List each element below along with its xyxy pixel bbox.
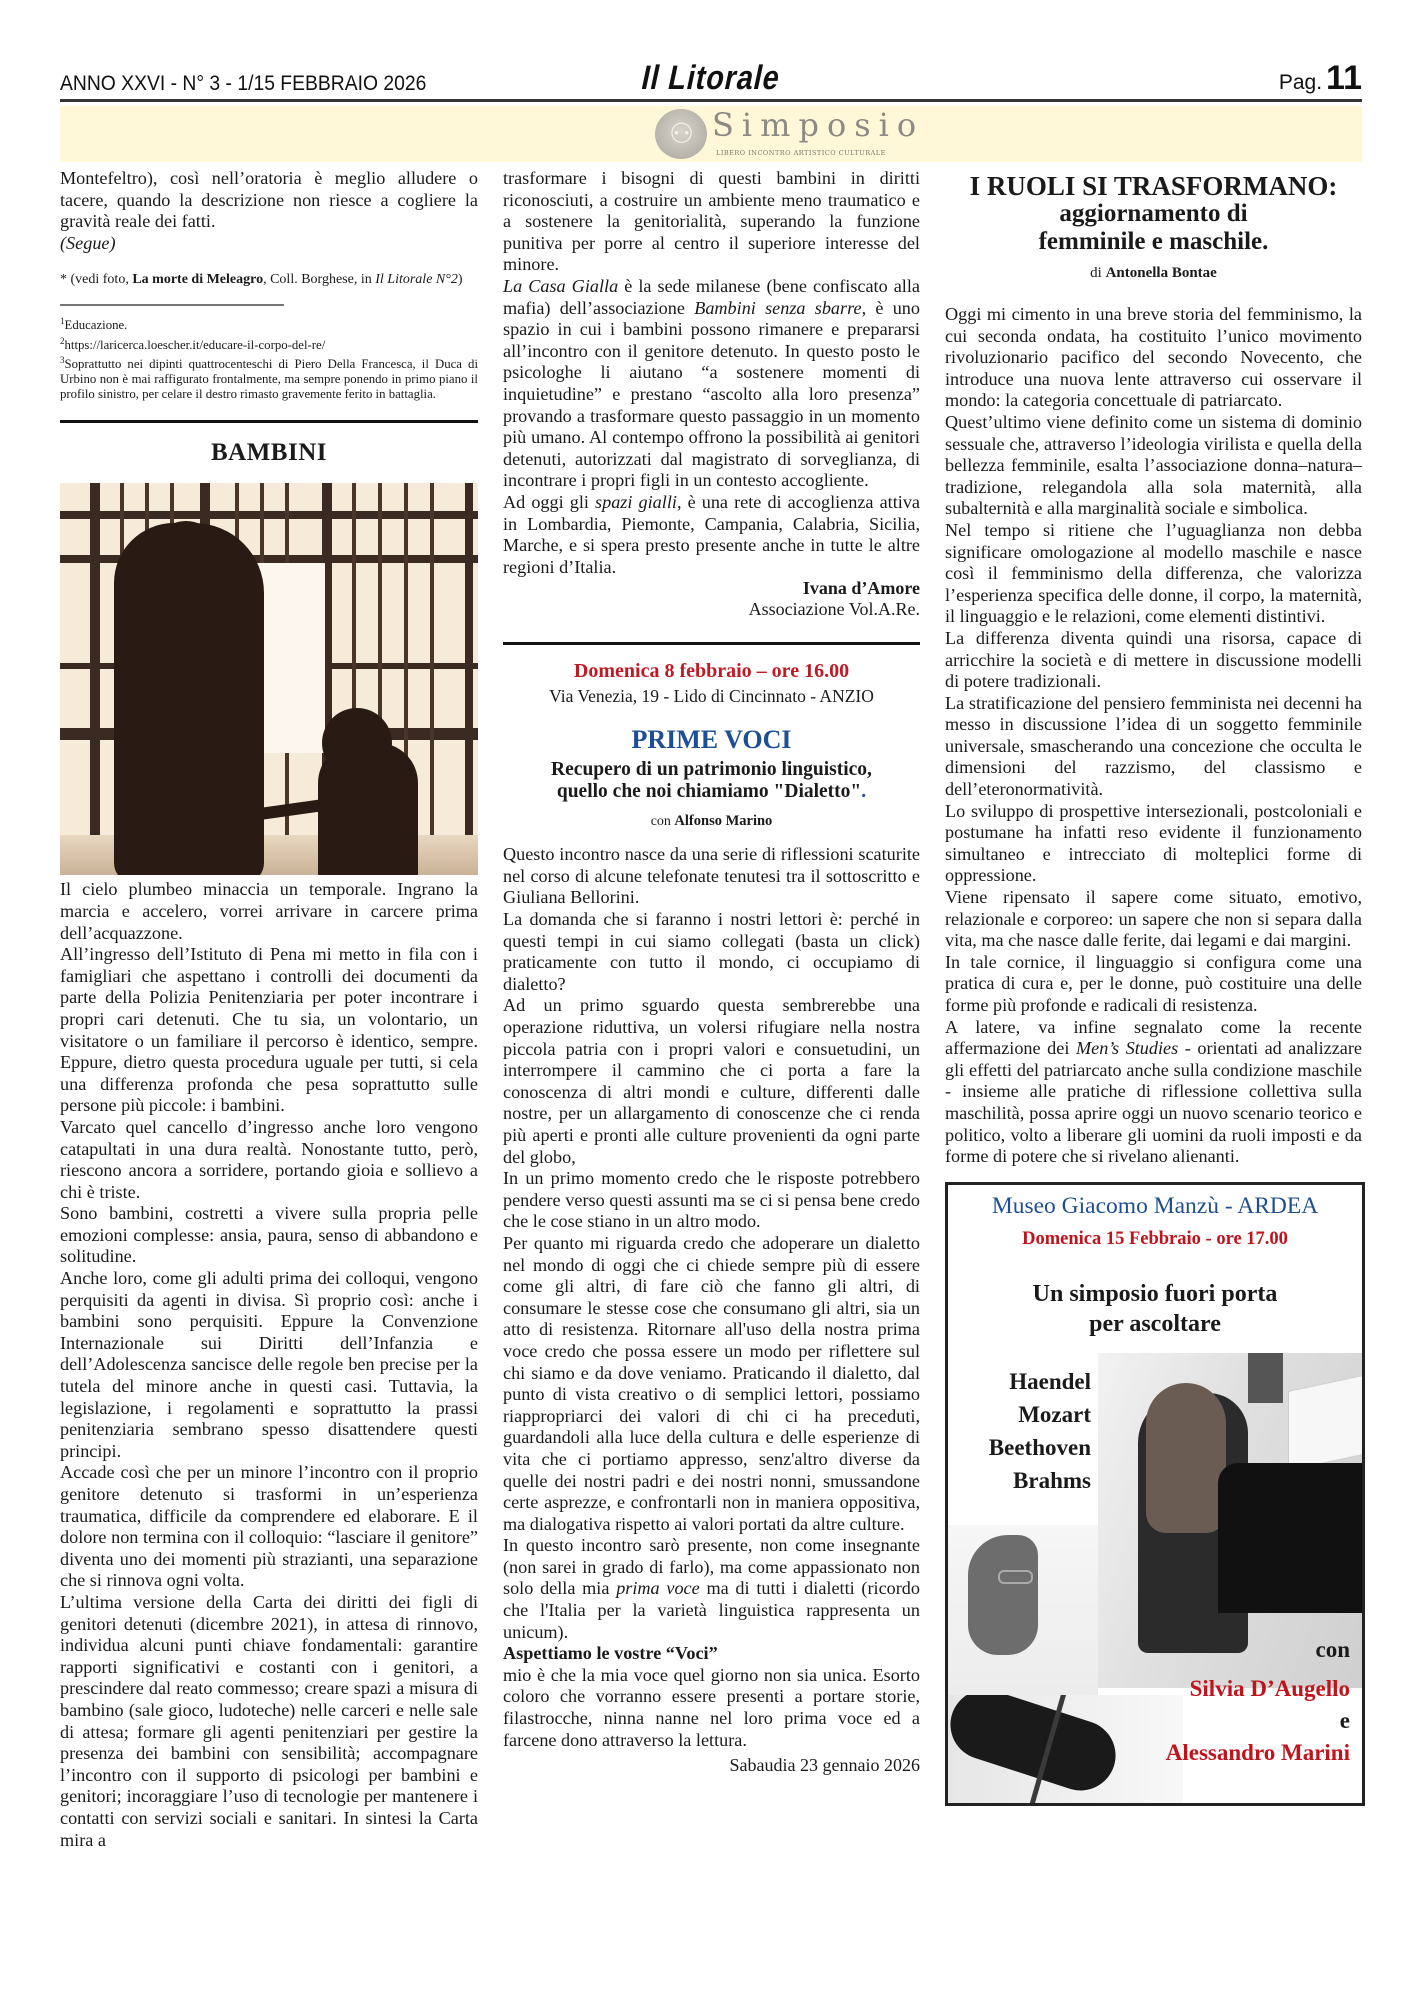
violinist-photo [948,1525,1098,1695]
section-divider [503,642,920,645]
poster-venue: Museo Giacomo Manzù - ARDEA [948,1193,1362,1220]
paragraph: Accade così che per un minore l’incontro… [60,1462,478,1592]
concert-poster: Museo Giacomo Manzù - ARDEA Domenica 15 … [945,1182,1365,1806]
simposio-logo-icon: ⚇ [655,109,707,159]
segue-label: (Segue) [60,233,478,255]
paragraph: All’ingresso dell’Istituto di Pena mi me… [60,944,478,1117]
paragraph: La differenza diventa quindi una risorsa… [945,628,1362,693]
bambini-article-continued: trasformare i bisogni di questi bambini … [503,168,920,578]
masthead: ANNO XXVI - N° 3 - 1/15 FEBBRAIO 2026 Il… [60,62,1362,102]
section-divider [60,420,478,423]
paragraph: Per quanto mi riguarda credo che adopera… [503,1233,920,1535]
paragraph: Quest’ultimo viene definito come un sist… [945,412,1362,520]
paragraph: L’ultima versione della Carta dei diritt… [60,1592,478,1851]
poster-performers: Silvia D’Augello e Alessandro Marini [1166,1673,1350,1769]
section-logo-word: Simposio [712,106,924,144]
composer-list: Haendel Mozart Beethoven Brahms [948,1365,1091,1497]
continued-text: Montefeltro), così nell’oratoria è megli… [60,168,478,233]
article-byline: di Antonella Bontae [945,265,1362,282]
figures-icon: ⚇ [669,117,693,151]
left-column: Montefeltro), così nell’oratoria è megli… [60,168,478,1851]
paragraph: Ad un primo sguardo questa sembrerebbe u… [503,995,920,1168]
paragraph: Varcato quel cancello d’ingresso anche l… [60,1117,478,1203]
author-name: Ivana d’Amore [503,578,920,599]
paragraph: Sono bambini, costretti a vivere sulla p… [60,1203,478,1268]
paragraph: Viene ripensato il sapere come situato, … [945,887,1362,952]
paragraph: In questo incontro sarò presente, non co… [503,1535,920,1643]
paragraph: In tale cornice, il linguaggio si config… [945,952,1362,1017]
photo-note: * (vedi foto, La morte di Meleagro, Coll… [60,270,478,290]
author-association: Associazione Vol.A.Re. [503,599,920,620]
footnote-item: 2https://laricerca.loescher.it/educare-i… [60,334,478,353]
bambini-photo [60,483,478,875]
event-announcement: Domenica 8 febbraio – ore 16.00 Via Vene… [503,660,920,830]
previous-article-ending: Montefeltro), così nell’oratoria è megli… [60,168,478,254]
paragraph: La Casa Gialla è la sede milanese (bene … [503,276,920,492]
paragraph: Anche loro, come gli adulti prima dei co… [60,1268,478,1462]
paragraph: A latere, va infine segnalato come la re… [945,1017,1362,1168]
event-speaker: con Alfonso Marino [503,813,920,830]
paragraph: trasformare i bisogni di questi bambini … [503,168,920,276]
paragraph: Oggi mi cimento in una breve storia del … [945,304,1362,412]
page-indicator: Pag.11 [1279,59,1362,98]
paragraph: Ad oggi gli spazi gialli, è una rete di … [503,492,920,578]
middle-column: trasformare i bisogni di questi bambini … [503,168,920,1776]
ruoli-article-body: Oggi mi cimento in una breve storia del … [945,304,1362,1168]
paragraph: mio è che la mia voce quel giorno non si… [503,1665,920,1751]
paragraph: La domanda che si faranno i nostri letto… [503,909,920,995]
bambini-article-body: Il cielo plumbeo minaccia un temporale. … [60,879,478,1851]
poster-con: con [1316,1637,1351,1663]
paragraph: Questo incontro nasce da una serie di ri… [503,844,920,909]
issue-info: ANNO XXVI - N° 3 - 1/15 FEBBRAIO 2026 [60,72,426,96]
event-place: Via Venezia, 19 - Lido di Cincinnato - A… [503,686,920,707]
paragraph: Lo sviluppo di prospettive intersezional… [945,801,1362,887]
footnotes: 1Educazione. 2https://laricerca.loescher… [60,314,478,402]
simposio-section-band: ⚇ Simposio LIBERO INCONTRO ARTISTICO CUL… [60,106,1362,162]
paragraph: La stratificazione del pensiero femminis… [945,693,1362,801]
event-title: PRIME VOCI [503,725,920,755]
page-label: Pag. [1279,71,1322,94]
violin-photo [948,1695,1183,1803]
paragraph: Nel tempo si ritiene che l’uguaglianza n… [945,520,1362,628]
prime-voci-article-body: Questo incontro nasce da una serie di ri… [503,844,920,1751]
section-tagline: LIBERO INCONTRO ARTISTICO CULTURALE [716,149,886,157]
article-title: I RUOLI SI TRASFORMANO: aggiornamento di… [945,172,1362,256]
bold-callout: Aspettiamo le vostre “Voci” [503,1643,920,1665]
page-number: 11 [1326,59,1362,97]
paragraph: Il cielo plumbeo minaccia un temporale. … [60,879,478,944]
footnote-item: 3Soprattutto nei dipinti quattrocentesch… [60,353,478,403]
paragraph: In un primo momento credo che le rispost… [503,1168,920,1233]
poster-date: Domenica 15 Febbraio - ore 17.00 [948,1229,1362,1250]
right-column: I RUOLI SI TRASFORMANO: aggiornamento di… [945,168,1362,1806]
author-signature: Ivana d’Amore Associazione Vol.A.Re. [503,578,920,620]
footnote-item: 1Educazione. [60,314,478,333]
footnote-divider [60,304,284,306]
dateline: Sabaudia 23 gennaio 2026 [503,1755,920,1776]
newspaper-title: Il Litorale [638,59,784,98]
poster-title: Un simposio fuori porta per ascoltare [948,1279,1362,1339]
article-heading-bambini: BAMBINI [60,439,478,469]
event-subtitle: Recupero di un patrimonio linguistico, q… [503,759,920,803]
event-date: Domenica 8 febbraio – ore 16.00 [503,660,920,683]
